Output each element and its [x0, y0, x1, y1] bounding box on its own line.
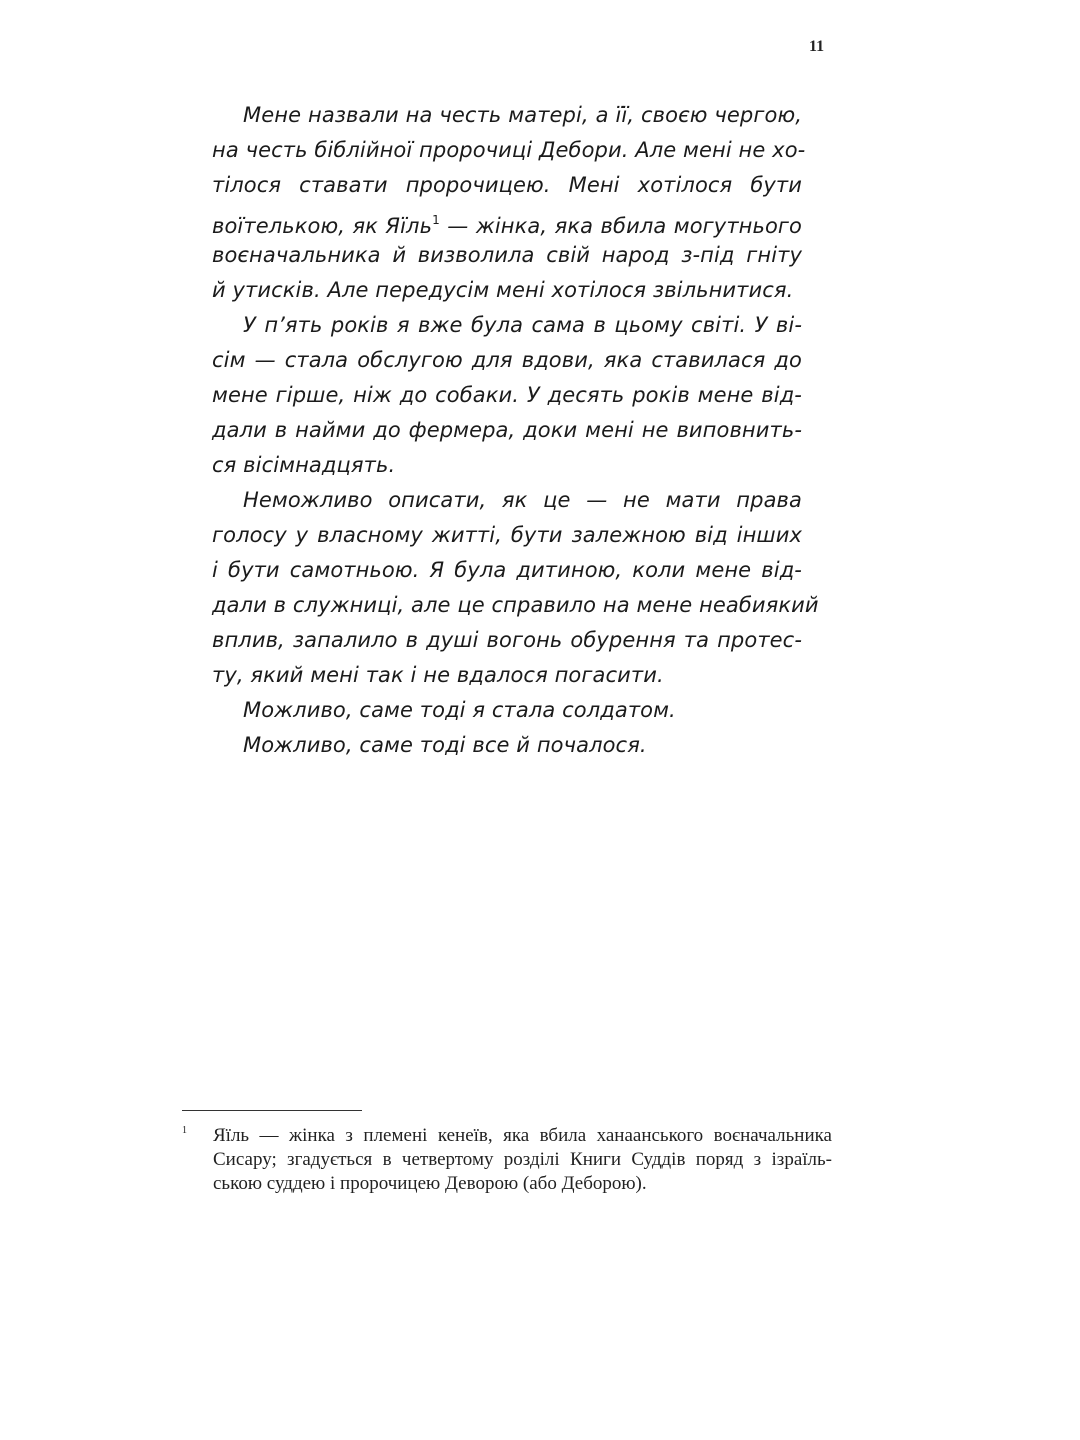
footnote-reference[interactable]: 1 — [432, 213, 440, 227]
text-line: голосу у власному житті, бути залежною в… — [212, 518, 802, 553]
text-line: ся вісімнадцять. — [212, 448, 802, 483]
footnote-divider — [182, 1110, 362, 1111]
text-line: дали в найми до фермера, доки мені не ви… — [212, 413, 802, 448]
paragraph-1: Мене назвали на честь матері, а її, своє… — [212, 98, 802, 308]
text-line: дали в служниці, але це справило на мене… — [212, 588, 802, 623]
paragraph-3: Неможливо описати, як це — не мати права… — [212, 483, 802, 693]
text-line: Неможливо описати, як це — не мати права — [212, 483, 802, 518]
paragraph-4: Можливо, саме тоді я стала солдатом. — [212, 693, 802, 728]
paragraph-2: У п’ять років я вже була сама в цьому св… — [212, 308, 802, 483]
text-line: тілося ставати пророчицею. Мені хотілося… — [212, 168, 802, 203]
text-line: воєначальника й визволила свій народ з-п… — [212, 238, 802, 273]
text-line: на честь біблійної пророчиці Дебори. Але… — [212, 133, 802, 168]
body-text: Мене назвали на честь матері, а її, своє… — [212, 98, 802, 763]
text-line: ту, який мені так і не вдалося погасити. — [212, 658, 802, 693]
text-fragment: воїтелькою, як Яїль — [212, 214, 432, 238]
footnote-line: ською суддею і пророчицею Деворою (або Д… — [213, 1172, 832, 1196]
text-line: вплив, запалило в душі вогонь обурення т… — [212, 623, 802, 658]
text-line: Можливо, саме тоді я стала солдатом. — [212, 693, 802, 728]
footnote: 1 Яїль — жінка з племені кенеїв, яка вби… — [182, 1124, 832, 1196]
text-line: й утисків. Але передусім мені хотілося з… — [212, 273, 802, 308]
text-line-with-footnote-ref: воїтелькою, як Яїль1 — жінка, яка вбила … — [212, 203, 802, 238]
page-number: 11 — [809, 38, 824, 56]
text-line: У п’ять років я вже була сама в цьому св… — [212, 308, 802, 343]
text-line: і бути самотньою. Я була дитиною, коли м… — [212, 553, 802, 588]
footnote-marker: 1 — [182, 1124, 187, 1138]
paragraph-5: Можливо, саме тоді все й почалося. — [212, 728, 802, 763]
text-line: мене гірше, ніж до собаки. У десять рокі… — [212, 378, 802, 413]
footnote-body: Яїль — жінка з племені кенеїв, яка вбила… — [213, 1124, 832, 1196]
footnote-line: Сисару; згадується в четвертому розділі … — [213, 1148, 832, 1172]
text-line: сім — стала обслугою для вдови, яка став… — [212, 343, 802, 378]
text-fragment: — жінка, яка вбила могутнього — [440, 214, 802, 238]
text-line: Можливо, саме тоді все й почалося. — [212, 728, 802, 763]
footnote-line: Яїль — жінка з племені кенеїв, яка вбила… — [213, 1124, 832, 1148]
text-line: Мене назвали на честь матері, а її, своє… — [212, 98, 802, 133]
